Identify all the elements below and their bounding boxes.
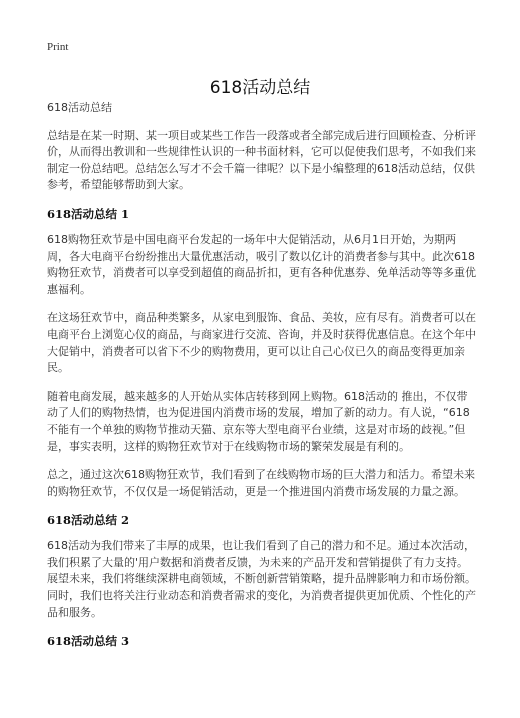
paragraph: 随着电商发展，越来越多的人开始从实体店转移到网上购物。618活动的 推出，不仅带… [47, 389, 477, 455]
intro-paragraph: 总结是在某一时期、某一项目或某些工作告一段落或者全部完成后进行回顾检查、分析评价… [47, 128, 477, 194]
paragraph: 618活动为我们带来了丰厚的成果，也让我们看到了自己的潜力和不足。通过本次活动，… [47, 538, 477, 621]
paragraph: 在这场狂欢节中，商品种类繁多，从家电到服饰、食品、美妆，应有尽有。消费者可以在电… [47, 310, 477, 376]
article-body: 618活动总结 总结是在某一时期、某一项目或某些工作告一段落或者全部完成后进行回… [47, 100, 477, 659]
section-heading-3: 618活动总结 3 [47, 633, 477, 649]
page-title: 618活动总结 [0, 73, 520, 98]
section-heading-1: 618活动总结 1 [47, 206, 477, 222]
section-heading-2: 618活动总结 2 [47, 512, 477, 528]
print-link[interactable]: Print [47, 41, 68, 53]
paragraph: 总之，通过这次618购物狂欢节，我们看到了在线购物市场的巨大潜力和活力。希望未来… [47, 467, 477, 500]
paragraph: 618购物狂欢节是中国电商平台发起的一场年中大促销活动，从6月1日开始，为期两周… [47, 232, 477, 298]
article-subtitle: 618活动总结 [47, 100, 477, 117]
